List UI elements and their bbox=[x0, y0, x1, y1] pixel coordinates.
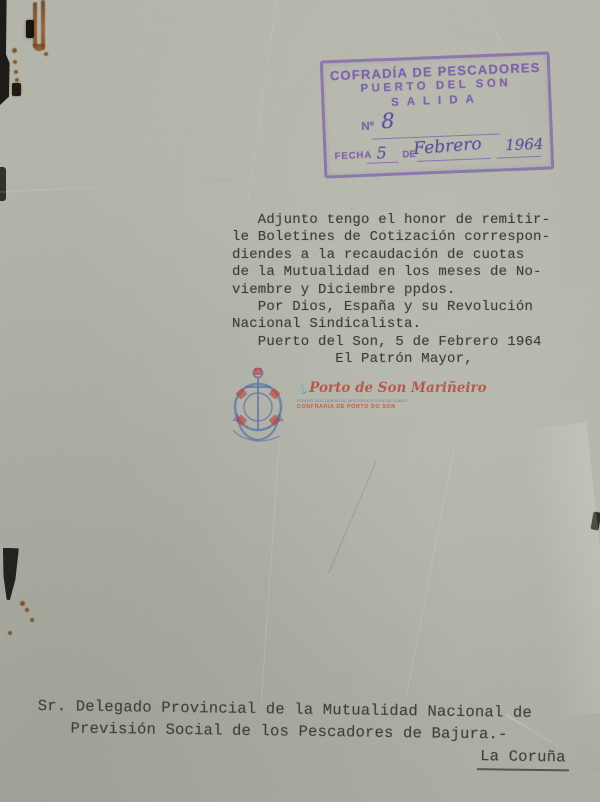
rust-dot bbox=[25, 608, 29, 612]
paper-crease bbox=[328, 461, 377, 574]
anchor-icon: ⚓ bbox=[297, 385, 308, 395]
paper-crease bbox=[247, 0, 279, 209]
watermark-title: ⚓Porto de Son Mariñeiro bbox=[297, 380, 487, 396]
rust-dot bbox=[44, 52, 48, 56]
stamp-month-handwritten: Febrero bbox=[413, 134, 483, 159]
stamp-line-rule bbox=[497, 156, 541, 159]
paper-crease bbox=[261, 440, 281, 702]
letter-line: Nacional Sindicalista. bbox=[232, 316, 550, 333]
anchor-life-ring-icon bbox=[225, 364, 291, 452]
staple-mark bbox=[26, 20, 34, 38]
letter-line: Adjunto tengo el honor de remitir- bbox=[232, 212, 550, 229]
registry-stamp: COFRADÍA DE PESCADORES PUERTO DEL SON SA… bbox=[320, 51, 555, 178]
letter-line: le Boletines de Cotización correspon- bbox=[232, 229, 550, 246]
binding-mark bbox=[1, 548, 19, 601]
stamp-line-rule bbox=[417, 158, 491, 162]
stamp-date-label: FECHA bbox=[334, 150, 372, 163]
rust-dot bbox=[20, 601, 25, 606]
watermark-org: CONFRARÍA DE PORTO DO SON bbox=[297, 404, 487, 410]
stamp-day-handwritten: 5 bbox=[376, 143, 387, 162]
stamp-number-value-handwritten: 8 bbox=[381, 109, 395, 134]
scanned-letter-page: COFRADÍA DE PESCADORES PUERTO DEL SON SA… bbox=[0, 0, 600, 802]
staple-mark bbox=[12, 83, 21, 96]
left-edge-mark bbox=[0, 167, 6, 201]
paper-fold-highlight bbox=[525, 423, 600, 718]
archive-watermark: ⚓Porto de Son Mariñeiro FONDO DOCUMENTAL… bbox=[225, 364, 487, 452]
stamp-number-label: Nº bbox=[361, 121, 374, 133]
stamp-line-rule bbox=[367, 162, 399, 164]
watermark-text: ⚓Porto de Son Mariñeiro FONDO DOCUMENTAL… bbox=[297, 380, 487, 410]
rust-dot bbox=[14, 70, 18, 74]
rust-stain bbox=[41, 0, 45, 50]
letter-line: viembre y Diciembre ppdos. bbox=[232, 282, 550, 299]
watermark-subtitle: FONDO DOCUMENTAL HISTÓRICO DIXITALIZADO bbox=[297, 398, 487, 403]
rust-dot bbox=[12, 48, 17, 53]
addressee-city-underlined: La Coruña bbox=[477, 745, 569, 771]
rust-dot bbox=[15, 78, 19, 82]
letter-body: Adjunto tengo el honor de remitir- le Bo… bbox=[232, 212, 550, 369]
addressee-block: Sr. Delegado Provincial de la Mutualidad… bbox=[37, 695, 569, 771]
paper-crease bbox=[405, 445, 456, 699]
rust-dot bbox=[8, 631, 12, 635]
stamp-year-handwritten: 1964 bbox=[505, 135, 544, 155]
letter-line: diendes a la recaudación de cuotas bbox=[232, 247, 550, 264]
rust-dot bbox=[30, 618, 34, 622]
corner-shadow-mark bbox=[0, 0, 12, 105]
letter-line: de la Mutualidad en los meses de No- bbox=[232, 264, 550, 281]
rust-dot bbox=[13, 60, 17, 64]
paper-crease bbox=[0, 179, 235, 194]
letter-line-dateline: Puerto del Son, 5 de Febrero 1964 bbox=[232, 334, 550, 351]
letter-line: Por Dios, España y su Revolución bbox=[232, 299, 550, 316]
